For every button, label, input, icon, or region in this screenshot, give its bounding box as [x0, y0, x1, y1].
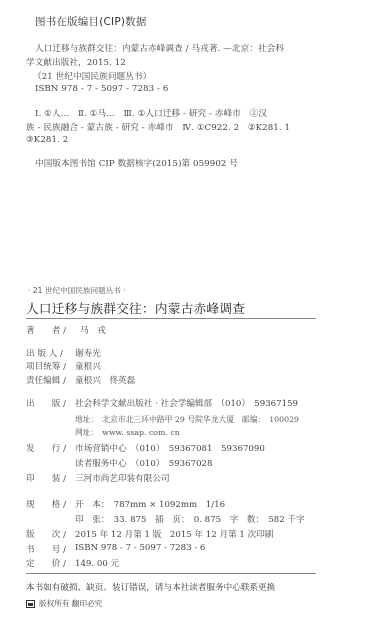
cip-line-1: 人口迁移与族群交往：内蒙古赤峰调查 / 马戎著. —北京：社会科 — [35, 42, 284, 54]
spec-sheets: 印 张： 33. 875 插 页： 0. 875 字 数： 582 千字 — [75, 513, 305, 525]
isbn-label: 书 号 / — [26, 543, 66, 555]
publish-value: 社会科学文献出版社 · 社会学编辑部 （010） 59367159 — [75, 397, 298, 409]
publish-label: 出 版 / — [26, 397, 66, 409]
printing-value: 三河市尚艺印装有限公司 — [75, 472, 170, 484]
spec-format: 开 本： 787mm × 1092mm 1/16 — [75, 498, 225, 510]
cip-heading: 图书在版编目(CIP)数据 — [35, 14, 147, 29]
publisher-person-label: 出 版 人 / — [26, 347, 63, 359]
cip-classification-2: 族 - 民族融合 - 蒙古族 - 研究 - 赤峰市 Ⅳ. ①C922. 2 ②K… — [26, 121, 290, 133]
publisher-website: 网址： www. ssap. com. cn — [75, 427, 180, 438]
author-label: 著 者 / — [26, 324, 66, 336]
distribution-value-1: 市场营销中心 （010） 59367081 59367090 — [75, 442, 265, 454]
edition-label: 版 次 / — [26, 528, 66, 540]
project-label: 项目统筹 / — [26, 360, 66, 372]
price-value: 149. 00 元 — [75, 557, 119, 569]
cip-classification-3: ③K281. 2 — [26, 135, 68, 145]
publisher-logo-icon — [26, 600, 35, 608]
series-name: · 21 世纪中国民族问题丛书 · — [28, 285, 126, 296]
footer-divider — [26, 573, 316, 574]
copyright-text: 版权所有 翻印必究 — [39, 598, 102, 609]
distribution-value-2: 读者服务中心 （010） 59367028 — [75, 457, 212, 469]
defect-notice: 本书如有破损、缺页、装订错误，请与本社读者服务中心联系更换 — [26, 581, 275, 593]
editor-value: 童根兴 佟英磊 — [75, 374, 135, 386]
spec-label: 规 格 / — [26, 498, 66, 510]
printing-label: 印 装 / — [26, 472, 66, 484]
author-value: 马 戎 — [80, 324, 106, 336]
cip-library-record: 中国版本图书馆 CIP 数据核字(2015)第 059902 号 — [35, 157, 238, 169]
cip-series: （21 世纪中国民族问题丛书） — [33, 70, 151, 82]
edition-value: 2015 年 12 月第 1 版 2015 年 12 月第 1 次印刷 — [75, 528, 273, 540]
cip-isbn: ISBN 978 - 7 - 5097 - 7283 - 6 — [35, 84, 168, 94]
publisher-person-value: 谢寿光 — [75, 347, 101, 359]
cip-line-2: 学文献出版社，2015. 12 — [26, 56, 126, 68]
price-label: 定 价 / — [26, 557, 66, 569]
title-divider — [26, 318, 316, 319]
editor-label: 责任编辑 / — [26, 374, 66, 386]
distribution-label: 发 行 / — [26, 442, 66, 454]
publisher-address: 地址： 北京市北三环中路甲 29 号院华龙大厦 邮编： 100029 — [75, 414, 299, 425]
copyright-line: 版权所有 翻印必究 — [26, 598, 102, 609]
project-value: 童根兴 — [75, 360, 101, 372]
isbn-value: ISBN 978 - 7 - 5097 - 7283 - 6 — [75, 543, 205, 553]
book-title: 人口迁移与族群交往：内蒙古赤峰调查 — [26, 298, 245, 317]
cip-classification-1: Ⅰ. ①人… Ⅱ. ①马… Ⅲ. ①人口迁移 - 研究 - 赤峰市 ②汉 — [35, 107, 267, 119]
